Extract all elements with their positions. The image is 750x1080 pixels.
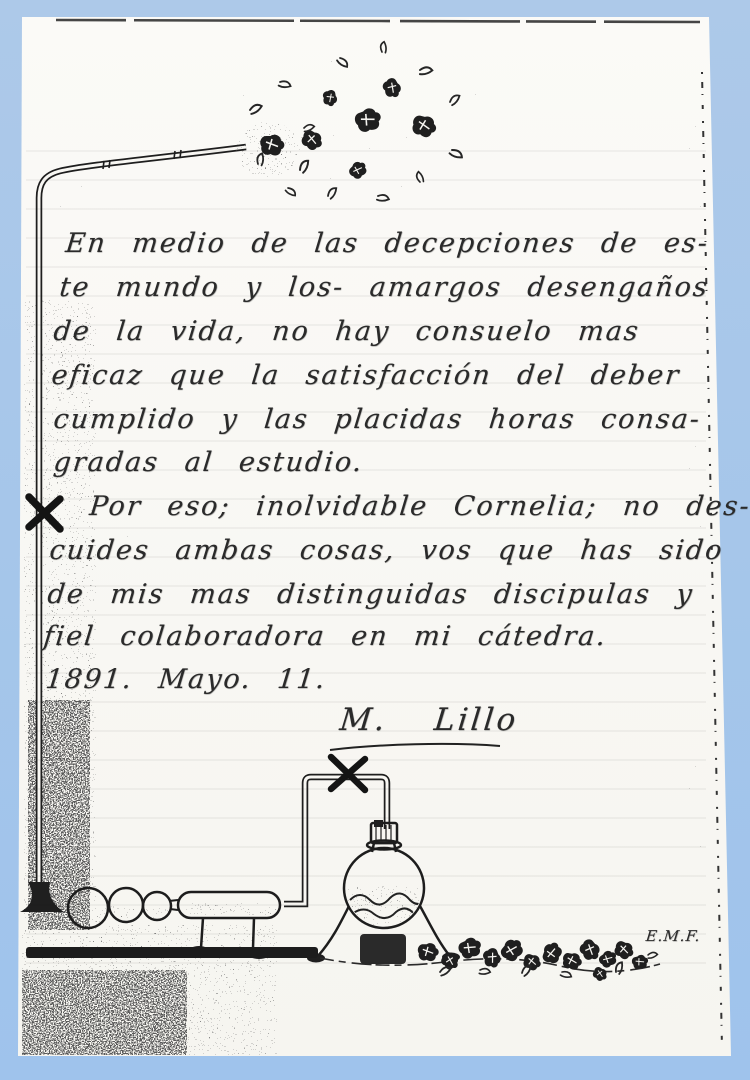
scanned-letter-page: En medio de las decepciones de es- te mu… [0, 0, 750, 1080]
letter-artwork [0, 0, 750, 1080]
burner-pedestal [360, 934, 406, 964]
stopper-cap-mark [374, 820, 383, 827]
bottom-left-blotch [22, 970, 187, 1055]
left-margin-speckle [90, 330, 130, 840]
left-margin-speckle [24, 180, 82, 320]
bench-rough [26, 942, 318, 964]
right-edge-speckle [688, 70, 718, 1055]
condenser-fill [184, 903, 276, 915]
